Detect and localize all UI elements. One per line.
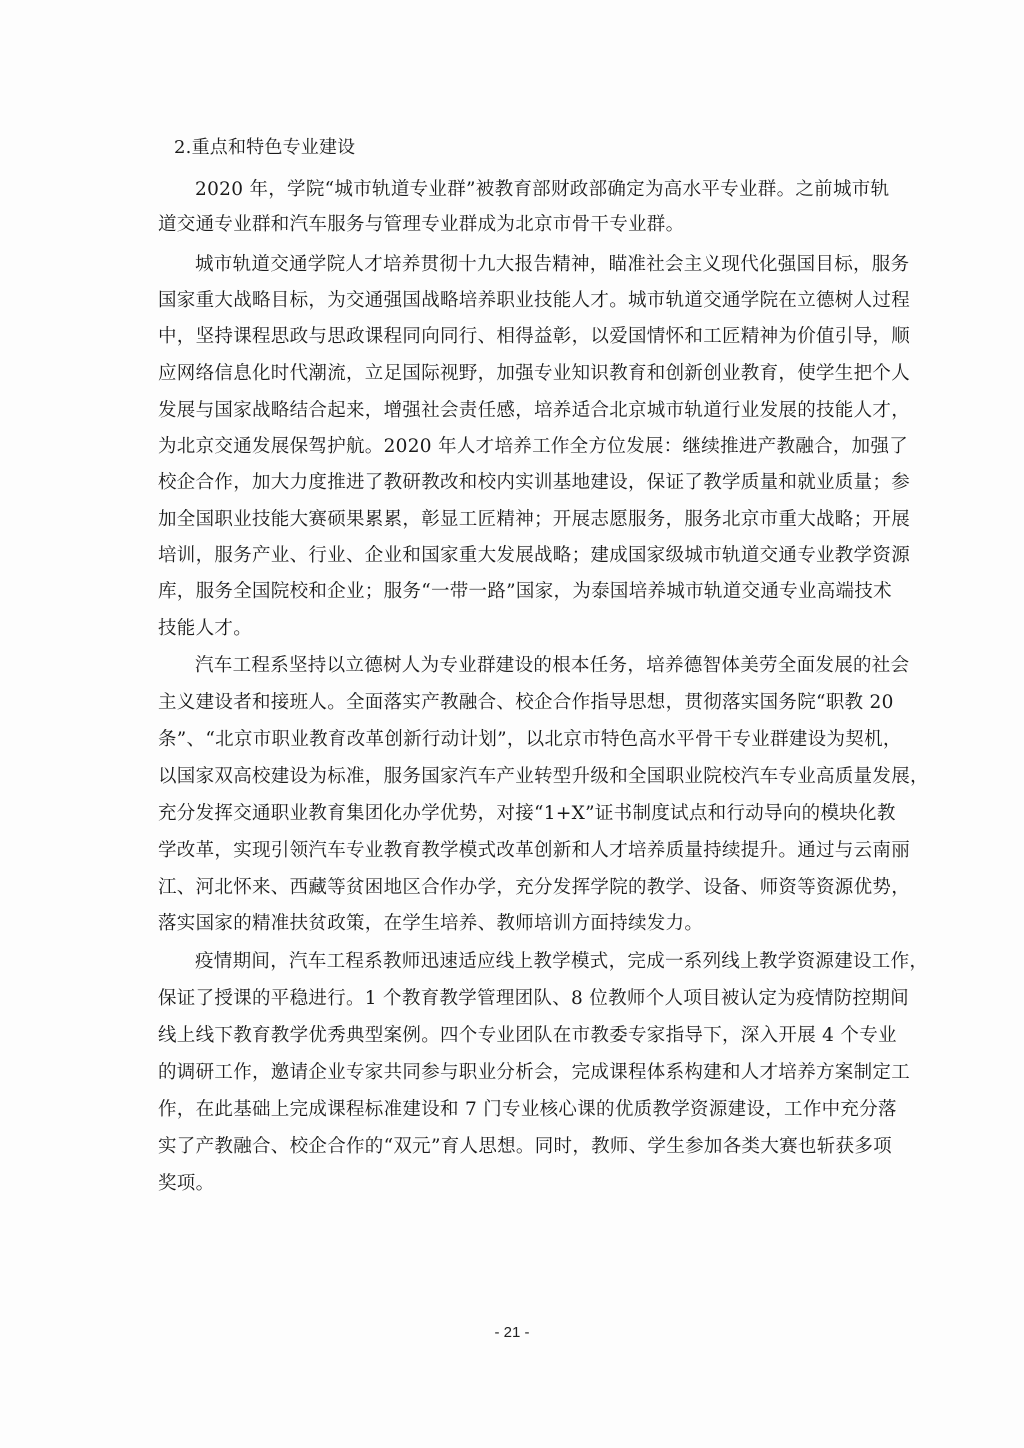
- paragraph-2-line-6: 为北京交通发展保驾护航。2020 年人才培养工作全方位发展：继续推进产教融合，加…: [158, 433, 870, 461]
- paragraph-3-line-8: 落实国家的精准扶贫政策，在学生培养、教师培训方面持续发力。: [158, 910, 870, 938]
- paragraph-3-line-5: 充分发挥交通职业教育集团化办学优势，对接“1+X”证书制度试点和行动导向的模块化…: [158, 800, 870, 828]
- page-number: - 21 -: [0, 1322, 1024, 1344]
- paragraph-2-line-3: 中，坚持课程思政与思政课程同向同行、相得益彰，以爱国情怀和工匠精神为价值引导，顺: [158, 323, 870, 351]
- paragraph-4-line-7: 奖项。: [158, 1170, 870, 1198]
- paragraph-2-line-11: 技能人才。: [158, 615, 870, 643]
- paragraph-3-line-7: 江、河北怀来、西藏等贫困地区合作办学，充分发挥学院的教学、设备、师资等资源优势，: [158, 874, 870, 902]
- paragraph-4-line-6: 实了产教融合、校企合作的“双元”育人思想。同时，教师、学生参加各类大赛也斩获多项: [158, 1133, 870, 1161]
- paragraph-2-line-1: 城市轨道交通学院人才培养贯彻十九大报告精神，瞄准社会主义现代化强国目标，服务: [195, 251, 870, 279]
- paragraph-2-line-4: 应网络信息化时代潮流，立足国际视野，加强专业知识教育和创新创业教育，使学生把个人: [158, 360, 870, 388]
- paragraph-3-line-1: 汽车工程系坚持以立德树人为专业群建设的根本任务，培养德智体美劳全面发展的社会: [195, 652, 870, 680]
- paragraph-4-line-4: 的调研工作，邀请企业专家共同参与职业分析会，完成课程体系构建和人才培养方案制定工: [158, 1059, 870, 1087]
- paragraph-2-line-7: 校企合作，加大力度推进了教研教改和校内实训基地建设，保证了教学质量和就业质量；参: [158, 469, 870, 497]
- section-heading: 2.重点和特色专业建设: [174, 134, 355, 162]
- paragraph-3-line-6: 学改革，实现引领汽车专业教育教学模式改革创新和人才培养质量持续提升。通过与云南丽: [158, 837, 870, 865]
- paragraph-3-line-3: 条”、“北京市职业教育改革创新行动计划”，以北京市特色高水平骨干专业群建设为契机…: [158, 726, 870, 754]
- document-page: 2.重点和特色专业建设 2020 年，学院“城市轨道专业群”被教育部财政部确定为…: [0, 0, 1024, 1448]
- paragraph-1-line-2: 道交通专业群和汽车服务与管理专业群成为北京市骨干专业群。: [158, 211, 870, 239]
- paragraph-3-line-4: 以国家双高校建设为标准，服务国家汽车产业转型升级和全国职业院校汽车专业高质量发展…: [158, 763, 870, 791]
- paragraph-3-line-2: 主义建设者和接班人。全面落实产教融合、校企合作指导思想，贯彻落实国务院“职教 2…: [158, 689, 870, 717]
- paragraph-4-line-5: 作，在此基础上完成课程标准建设和 7 门专业核心课的优质教学资源建设，工作中充分…: [158, 1096, 870, 1124]
- paragraph-2-line-9: 培训，服务产业、行业、企业和国家重大发展战略；建成国家级城市轨道交通专业教学资源: [158, 542, 870, 570]
- paragraph-4-line-3: 线上线下教育教学优秀典型案例。四个专业团队在市教委专家指导下，深入开展 4 个专…: [158, 1022, 870, 1050]
- paragraph-4-line-2: 保证了授课的平稳进行。1 个教育教学管理团队、8 位教师个人项目被认定为疫情防控…: [158, 985, 870, 1013]
- paragraph-4-line-1: 疫情期间，汽车工程系教师迅速适应线上教学模式，完成一系列线上教学资源建设工作，: [195, 948, 870, 976]
- paragraph-2-line-5: 发展与国家战略结合起来，增强社会责任感，培养适合北京城市轨道行业发展的技能人才，: [158, 397, 870, 425]
- paragraph-2-line-10: 库，服务全国院校和企业；服务“一带一路”国家，为泰国培养城市轨道交通专业高端技术: [158, 578, 870, 606]
- paragraph-2-line-2: 国家重大战略目标，为交通强国战略培养职业技能人才。城市轨道交通学院在立德树人过程: [158, 287, 870, 315]
- paragraph-2-line-8: 加全国职业技能大赛硕果累累，彰显工匠精神；开展志愿服务，服务北京市重大战略；开展: [158, 506, 870, 534]
- paragraph-1-line-1: 2020 年，学院“城市轨道专业群”被教育部财政部确定为高水平专业群。之前城市轨: [195, 176, 870, 204]
